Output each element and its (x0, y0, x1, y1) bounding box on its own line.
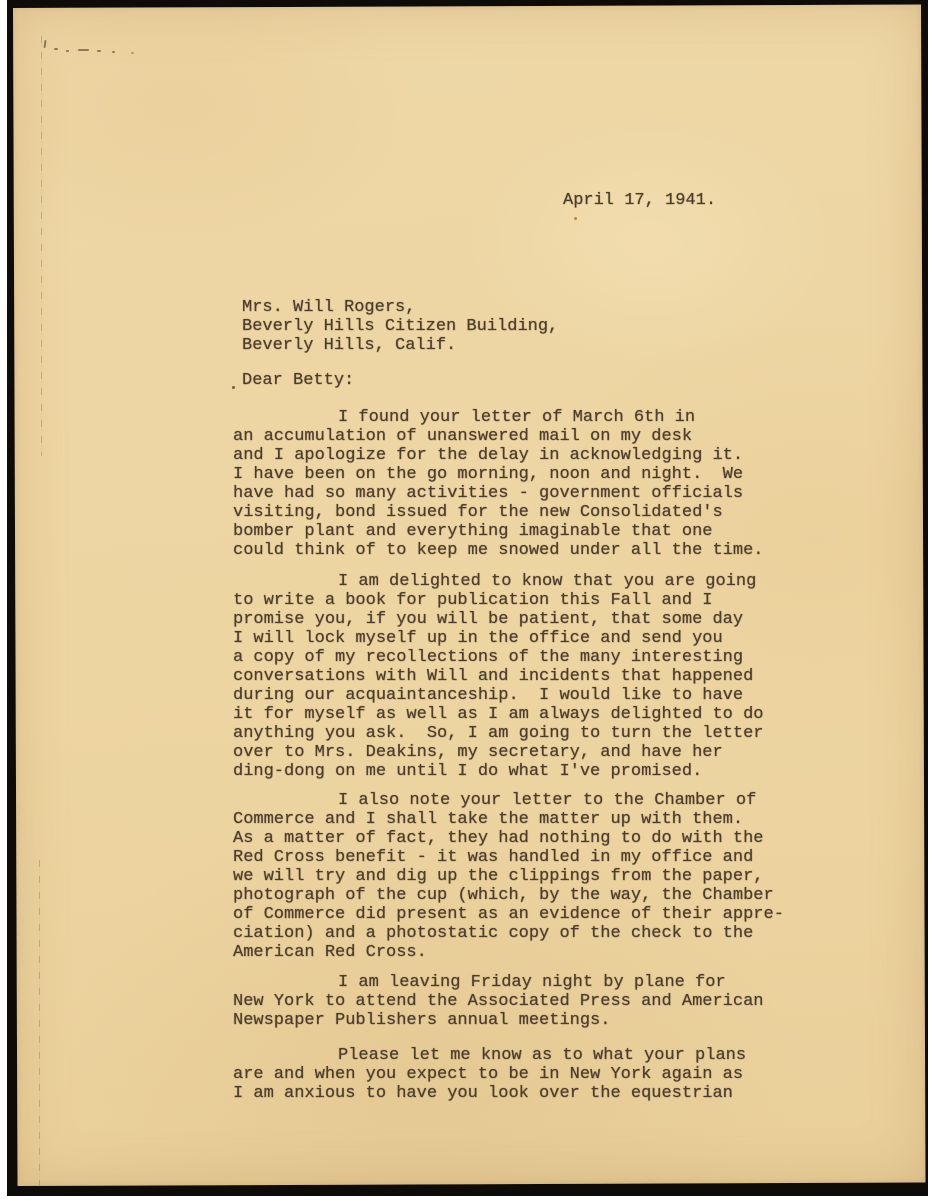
letter-line: I have been on the go morning, noon and … (233, 465, 773, 484)
letter-line: anything you ask. So, I am going to turn… (233, 724, 773, 743)
letter-line: I am leaving Friday night by plane for (233, 973, 773, 992)
letter-line: I will lock myself up in the office and … (233, 629, 773, 648)
letter-paragraph: I am delighted to know that you are goin… (233, 572, 773, 781)
letter-paragraph: I found your letter of March 6th inan ac… (233, 408, 773, 560)
letter-line: conversations with Will and incidents th… (233, 667, 773, 686)
letter-line: promise you, if you will be patient, tha… (233, 610, 773, 629)
letter-line: I am anxious to have you look over the e… (233, 1084, 773, 1103)
letter-line: photograph of the cup (which, by the way… (233, 886, 773, 905)
letter-line: could think of to keep me snowed under a… (233, 541, 773, 560)
letter-line: ciation) and a photostatic copy of the c… (233, 924, 773, 943)
letter-line: Red Cross benefit - it was handled in my… (233, 848, 773, 867)
letter-line: have had so many activities - government… (233, 484, 773, 503)
letter-line: Commerce and I shall take the matter up … (233, 810, 773, 829)
letter-line: it for myself as well as I am always del… (233, 705, 773, 724)
letter-date: April 17, 1941. (563, 191, 716, 210)
letter-line: of Commerce did present as an evidence o… (233, 905, 773, 924)
letter-line: over to Mrs. Deakins, my secretary, and … (233, 743, 773, 762)
letter-line: and I apologize for the delay in acknowl… (233, 446, 773, 465)
letter-line: Please let me know as to what your plans (233, 1046, 773, 1065)
letter-line: As a matter of fact, they had nothing to… (233, 829, 773, 848)
scanned-letter-page: April 17, 1941. Mrs. Will Rogers, Beverl… (0, 0, 930, 1200)
letter-line: I found your letter of March 6th in (233, 408, 773, 427)
letter-line: I also note your letter to the Chamber o… (233, 791, 773, 810)
letter-line: during our acquaintanceship. I would lik… (233, 686, 773, 705)
letter-line: are and when you expect to be in New Yor… (233, 1065, 773, 1084)
letter-line: bomber plant and everything imaginable t… (233, 522, 773, 541)
letter-line: we will try and dig up the clippings fro… (233, 867, 773, 886)
letter-line: to write a book for publication this Fal… (233, 591, 773, 610)
letter-line: ding-dong on me until I do what I've pro… (233, 762, 773, 781)
recipient-line: Beverly Hills Citizen Building, (242, 317, 558, 336)
letter-line: Newspaper Publishers annual meetings. (233, 1011, 773, 1030)
letter-line: New York to attend the Associated Press … (233, 992, 773, 1011)
letter-paragraph: Please let me know as to what your plans… (233, 1046, 773, 1103)
letter-line: American Red Cross. (233, 943, 773, 962)
recipient-line: Mrs. Will Rogers, (242, 298, 558, 317)
recipient-line: Beverly Hills, Calif. (242, 336, 558, 355)
salutation: Dear Betty: (242, 371, 354, 390)
letter-paragraph: I am leaving Friday night by plane forNe… (233, 973, 773, 1030)
letter-line: an accumulation of unanswered mail on my… (233, 427, 773, 446)
letter-text-layer: April 17, 1941. Mrs. Will Rogers, Beverl… (0, 0, 930, 1200)
letter-paragraph: I also note your letter to the Chamber o… (233, 791, 773, 962)
recipient-address: Mrs. Will Rogers, Beverly Hills Citizen … (242, 298, 558, 355)
letter-line: I am delighted to know that you are goin… (233, 572, 773, 591)
letter-line: visiting, bond issued for the new Consol… (233, 503, 773, 522)
letter-line: a copy of my recollections of the many i… (233, 648, 773, 667)
